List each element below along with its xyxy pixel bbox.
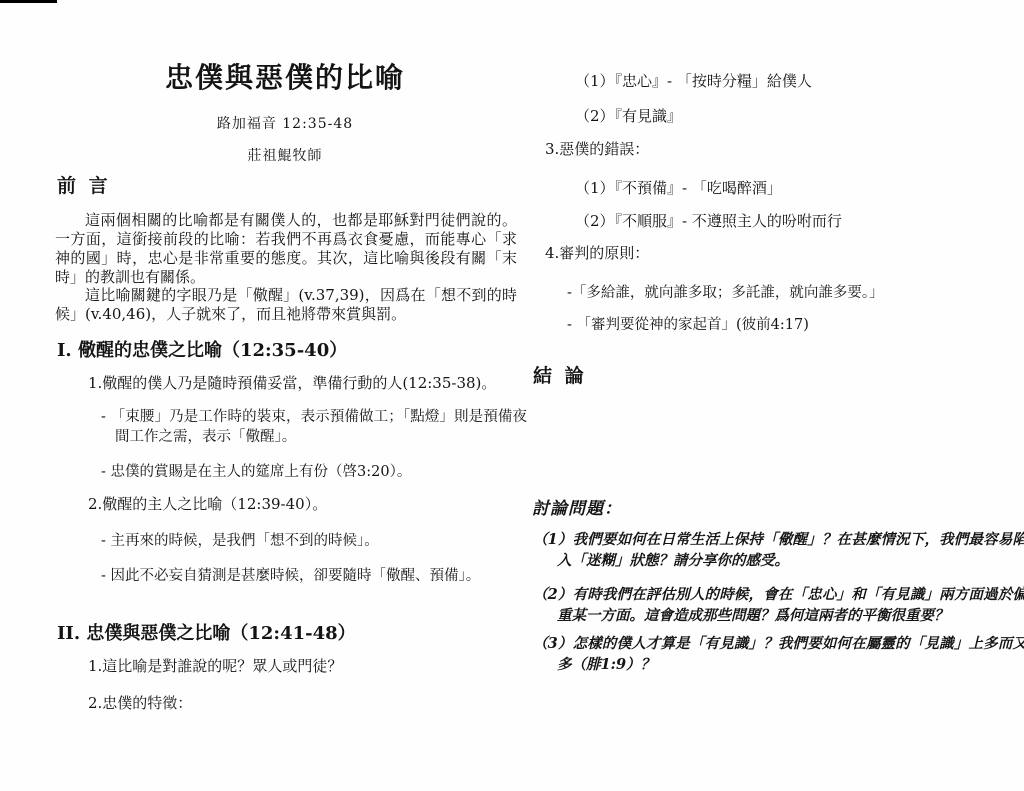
section-2-bullet-2: - 「審判要從神的家起首」(彼前4:17) bbox=[567, 315, 1011, 335]
discussion-question-1: （1）我們要如何在日常生活上保持「儆醒」？在甚麼情況下，我們最容易陷入「迷糊」狀… bbox=[533, 529, 1024, 571]
intro-paragraph-2: 這比喻關鍵的字眼乃是「儆醒」(v.37,39)，因爲在「想不到的時候」(v.40… bbox=[55, 286, 517, 324]
discussion-heading: 討論問題： bbox=[532, 494, 622, 519]
section-1-heading: I. 儆醒的忠僕之比喻（12:35-40） bbox=[57, 336, 517, 362]
section-2-point-4: 4.審判的原則： bbox=[545, 244, 995, 263]
section-2-point-2: 2.忠僕的特徵： bbox=[88, 694, 518, 713]
discussion-question-3: （3）怎樣的僕人才算是「有見識」？我們要如何在屬靈的「見識」上多而又多（腓1:9… bbox=[533, 633, 1024, 675]
conclusion-heading: 結 論 bbox=[533, 361, 587, 388]
scan-edge-artifact bbox=[0, 0, 57, 3]
intro-paragraph-1: 這兩個相關的比喻都是有關僕人的，也都是耶穌對門徒們說的。一方面，這銜接前段的比喻… bbox=[55, 211, 517, 287]
section-1-bullet-2: - 忠僕的賞賜是在主人的筵席上有份（啓3:20）。 bbox=[101, 462, 527, 482]
section-1-bullet-1: - 「束腰」乃是工作時的裝束，表示預備做工；「點燈」則是預備夜間工作之需，表示「… bbox=[101, 407, 527, 447]
section-2-subitem-1: （1）『忠心』- 「按時分糧」給僕人 bbox=[575, 72, 1005, 91]
intro-heading: 前 言 bbox=[57, 171, 111, 198]
scripture-reference: 路加福音 12:35-48 bbox=[55, 113, 515, 133]
section-1-point-1: 1.儆醒的僕人乃是隨時預備妥當，準備行動的人(12:35-38)。 bbox=[88, 374, 518, 393]
section-2-subitem-2: （2）『有見識』 bbox=[575, 107, 1005, 126]
section-2-subitem-4: （2）『不順服』- 不遵照主人的吩咐而行 bbox=[575, 212, 1005, 231]
section-2-point-1: 1.這比喻是對誰說的呢？眾人或門徒？ bbox=[88, 657, 518, 676]
section-2-point-3: 3.惡僕的錯誤： bbox=[545, 140, 995, 159]
section-2-heading: II. 忠僕與惡僕之比喻（12:41-48） bbox=[57, 619, 517, 645]
section-1-bullet-4: - 因此不必妄自猜測是甚麼時候，卻要隨時「儆醒、預備」。 bbox=[101, 566, 527, 586]
author-name: 莊祖鯤牧師 bbox=[55, 145, 515, 165]
document-page: 忠僕與惡僕的比喻 路加福音 12:35-48 莊祖鯤牧師 前 言 這兩個相關的比… bbox=[0, 0, 1024, 791]
page-title: 忠僕與惡僕的比喻 bbox=[55, 56, 515, 96]
section-2-bullet-1: -「多給誰，就向誰多取；多託誰，就向誰多要。」 bbox=[567, 283, 1011, 303]
section-1-point-2: 2.儆醒的主人之比喻（12:39-40）。 bbox=[88, 495, 518, 514]
section-1-bullet-3: - 主再來的時候，是我們「想不到的時候」。 bbox=[101, 531, 527, 551]
section-2-subitem-3: （1）『不預備』- 「吃喝醉酒」 bbox=[575, 179, 1005, 198]
discussion-question-2: （2）有時我們在評估別人的時候，會在「忠心」和「有見識」兩方面過於偏重某一方面。… bbox=[533, 584, 1024, 626]
